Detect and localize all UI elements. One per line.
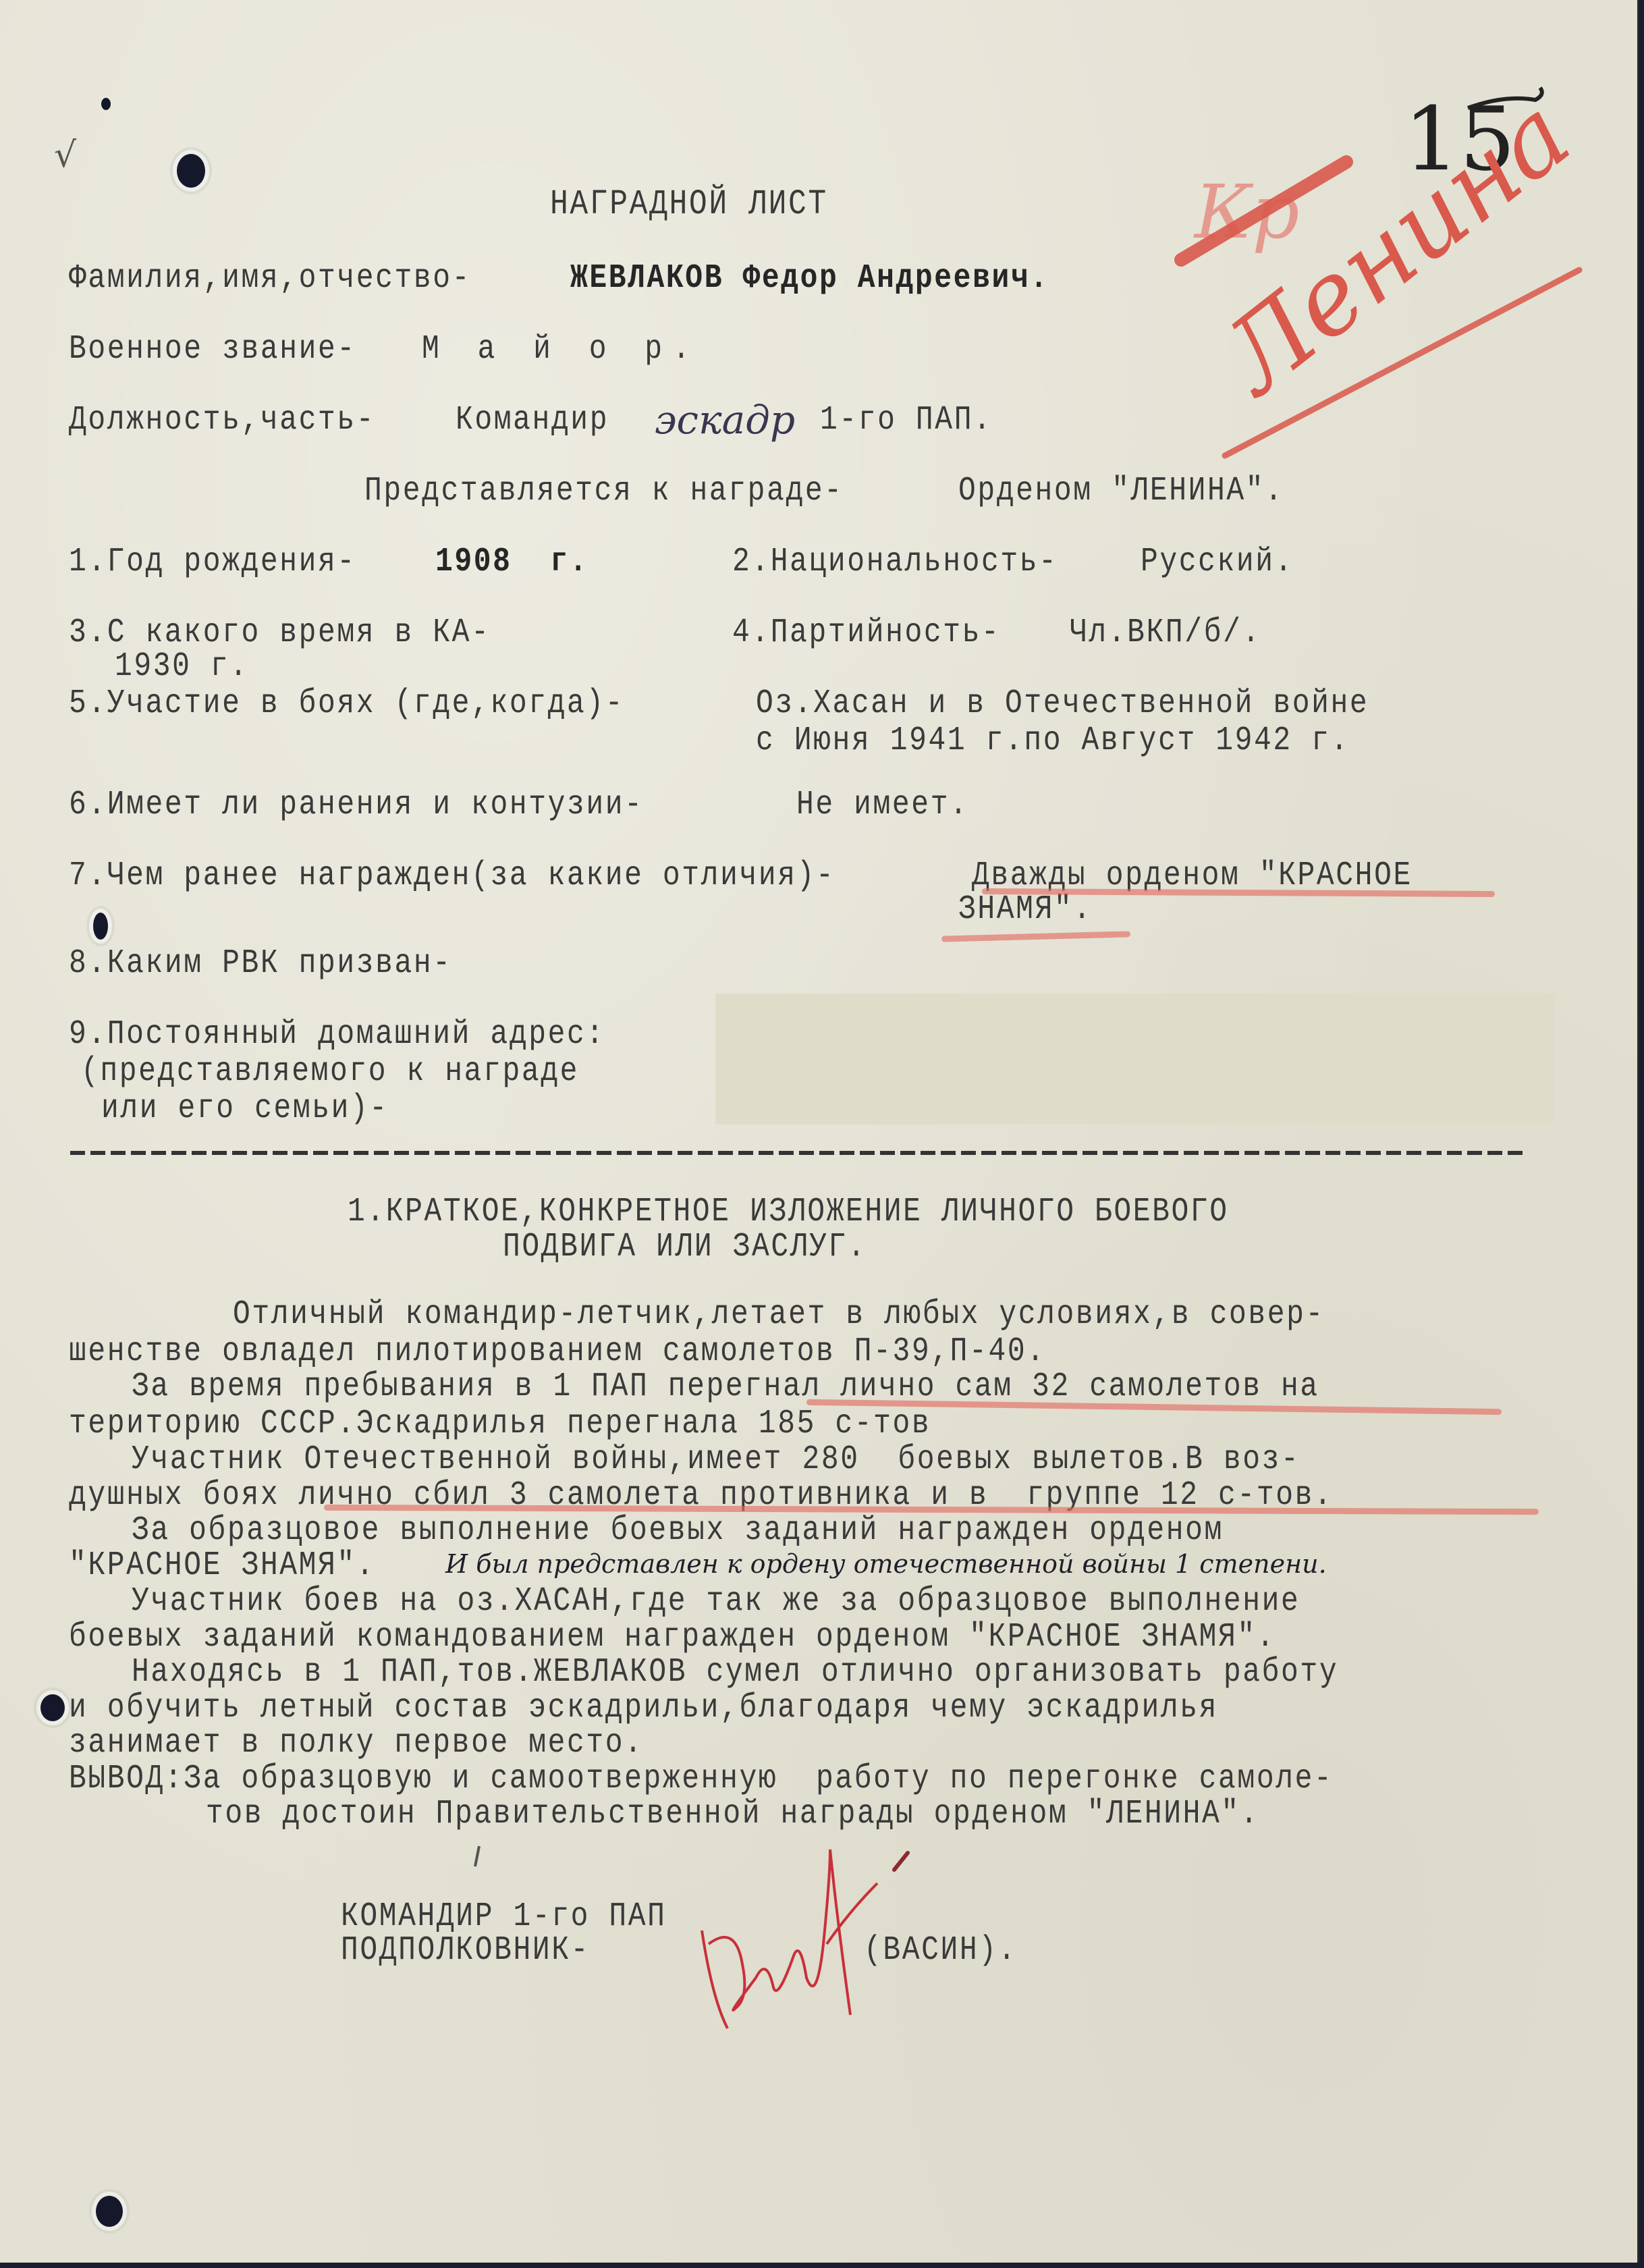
commander-signature — [0, 0, 1644, 2268]
award-sheet-page: √ 15 Кр Ленина НАГРАДНОЙ ЛИСТ Фамилия,им… — [0, 0, 1639, 2263]
